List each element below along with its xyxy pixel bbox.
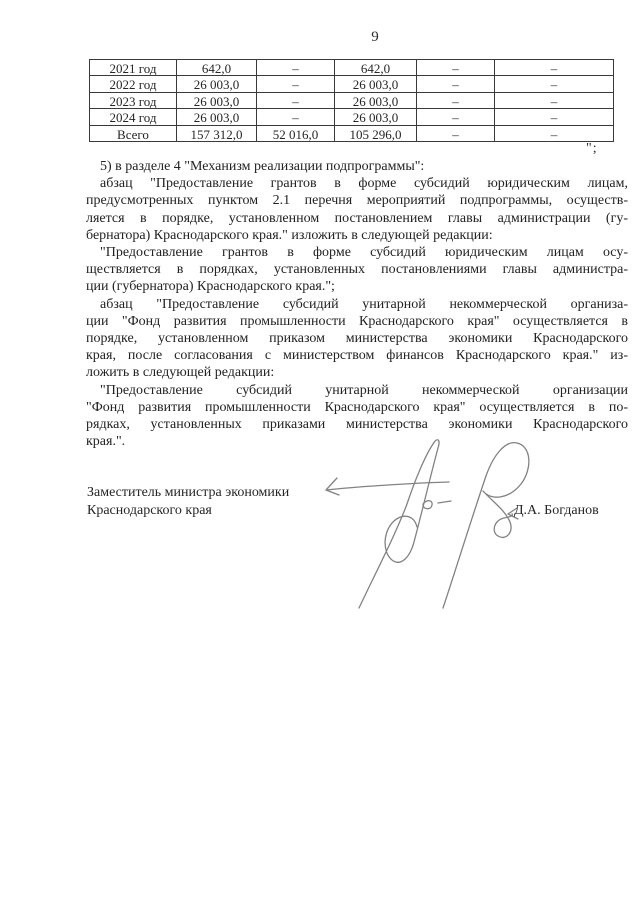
signer-title: Заместитель министра экономики Краснодар… xyxy=(87,484,347,519)
body-text-line: ции (губернатора) Краснодарского края."; xyxy=(86,278,628,295)
body-text-line: "Фонд развития промышленности Краснодарс… xyxy=(86,399,628,416)
table-cell-col4: 26 003,0 xyxy=(335,93,417,109)
table-cell-col5: – xyxy=(417,93,495,109)
table-cell-col6: – xyxy=(495,60,614,76)
body-text-line: ляется в порядке, установленном постанов… xyxy=(86,210,628,227)
table-row: Всего 157 312,0 52 016,0 105 296,0 – – xyxy=(90,126,614,142)
table-cell-total: 26 003,0 xyxy=(177,109,257,125)
table-cell-col5: – xyxy=(417,109,495,125)
body-text-line: "Предоставление субсидий унитарной неком… xyxy=(86,382,628,399)
document-page: 9 2021 год 642,0 – 642,0 – – 2022 год 26… xyxy=(0,0,640,904)
table-cell-col4: 26 003,0 xyxy=(335,76,417,92)
body-text-line: края, после согласования с министерством… xyxy=(86,347,628,364)
financial-table: 2021 год 642,0 – 642,0 – – 2022 год 26 0… xyxy=(89,59,614,142)
table-cell-col6: – xyxy=(495,76,614,92)
table-cell-total: 26 003,0 xyxy=(177,93,257,109)
table-cell-col6: – xyxy=(495,93,614,109)
signature-stroke-right-loop xyxy=(443,443,529,608)
body-text-line: ложить в следующей редакции: xyxy=(86,364,628,381)
table-cell-col6: – xyxy=(495,109,614,125)
body-text-line: 5) в разделе 4 "Механизм реализации подп… xyxy=(86,158,628,175)
signer-name: Д.А. Богданов xyxy=(514,503,634,519)
body-text-line: абзац "Предоставление субсидий унитарной… xyxy=(86,296,628,313)
table-row: 2023 год 26 003,0 – 26 003,0 – – xyxy=(90,93,614,109)
table-row: 2022 год 26 003,0 – 26 003,0 – – xyxy=(90,76,614,92)
table-cell-year: 2021 год xyxy=(90,60,177,76)
table-cell-total: 157 312,0 xyxy=(177,126,257,142)
table-cell-col5: – xyxy=(417,126,495,142)
signer-title-line-2: Краснодарского края xyxy=(87,502,347,520)
table-cell-total: 642,0 xyxy=(177,60,257,76)
table-cell-col3: – xyxy=(257,76,335,92)
table-cell-col3: – xyxy=(257,60,335,76)
body-text-line: бернатора) Краснодарского края." изложит… xyxy=(86,227,628,244)
body-text-line: ции "Фонд развития промышленности Красно… xyxy=(86,313,628,330)
signature-scrawl-image xyxy=(323,430,543,620)
table-cell-col5: – xyxy=(417,60,495,76)
signature-stroke-strike xyxy=(326,478,449,495)
table-cell-total: 26 003,0 xyxy=(177,76,257,92)
signer-title-line-1: Заместитель министра экономики xyxy=(87,484,347,502)
table-cell-year: 2024 год xyxy=(90,109,177,125)
body-text-line: "Предоставление грантов в форме субсидий… xyxy=(86,244,628,261)
table-cell-col3: 52 016,0 xyxy=(257,126,335,142)
table-cell-col5: – xyxy=(417,76,495,92)
table-cell-col4: 105 296,0 xyxy=(335,126,417,142)
body-text-line: абзац "Предоставление грантов в форме су… xyxy=(86,175,628,192)
signature-stroke-main-loop xyxy=(359,440,439,608)
table-cell-year: Всего xyxy=(90,126,177,142)
body-text-line: порядке, установленном приказом министер… xyxy=(86,330,628,347)
signature-stroke-middle-squiggle xyxy=(423,501,451,509)
table-cell-year: 2022 год xyxy=(90,76,177,92)
table-cell-year: 2023 год xyxy=(90,93,177,109)
body-text-line: предусмотренных пунктом 2.1 перечня меро… xyxy=(86,192,628,209)
table-closing-quote: "; xyxy=(586,141,616,157)
table-cell-col6: – xyxy=(495,126,614,142)
body-text: 5) в разделе 4 "Механизм реализации подп… xyxy=(86,158,628,450)
body-text-line: ществляется в порядках, установленных по… xyxy=(86,261,628,278)
table-cell-col4: 26 003,0 xyxy=(335,109,417,125)
table-cell-col3: – xyxy=(257,93,335,109)
table-cell-col4: 642,0 xyxy=(335,60,417,76)
table-row: 2024 год 26 003,0 – 26 003,0 – – xyxy=(90,109,614,125)
page-number: 9 xyxy=(358,29,392,46)
table-cell-col3: – xyxy=(257,109,335,125)
table-row: 2021 год 642,0 – 642,0 – – xyxy=(90,60,614,76)
